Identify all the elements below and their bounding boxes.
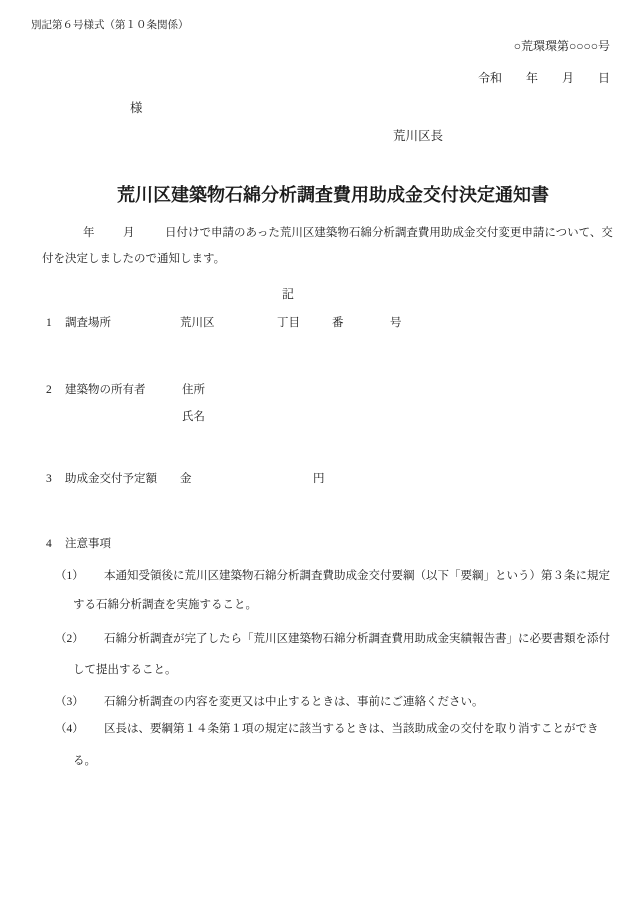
item-3-field-kin-label: 金 xyxy=(180,473,192,487)
item-2-field-address-label: 住所 xyxy=(182,384,205,398)
item-3-number: 3 xyxy=(46,473,52,487)
item-4-label: 注意事項 xyxy=(65,538,111,552)
note-4-marker: （4） xyxy=(55,723,84,737)
body-year-blank-label: 年 xyxy=(83,227,95,241)
item-1-label: 調査場所 xyxy=(65,317,111,331)
body-month-blank-label: 月 xyxy=(123,227,135,241)
item-3-label: 助成金交付予定額 xyxy=(65,473,157,487)
item-3-field-yen-label: 円 xyxy=(313,473,325,487)
note-2-marker: （2） xyxy=(55,633,84,647)
item-1-number: 1 xyxy=(46,317,52,331)
body-line-2: 付を決定しましたので通知します。 xyxy=(42,253,225,267)
note-2-line-2: して提出すること。 xyxy=(73,664,177,678)
document-page: 別記第６号様式（第１０条関係） ○荒環環第○○○○号 令和 年 月 日 様 荒川… xyxy=(0,0,630,903)
document-title: 荒川区建築物石綿分析調査費用助成金交付決定通知書 xyxy=(117,185,549,207)
note-1-line-2: する石綿分析調査を実施すること。 xyxy=(73,599,257,613)
item-2-field-name-label: 氏名 xyxy=(182,411,205,425)
note-1-marker: （1） xyxy=(55,570,84,584)
item-1-field-ban: 番 xyxy=(332,317,344,331)
item-1-field-ward: 荒川区 xyxy=(180,317,215,331)
record-marker: 記 xyxy=(282,287,294,301)
note-4-line-2: る。 xyxy=(73,755,96,769)
item-4-number: 4 xyxy=(46,538,52,552)
issue-date-line: 令和 年 月 日 xyxy=(478,71,610,85)
form-number: 別記第６号様式（第１０条関係） xyxy=(31,20,189,33)
note-3-line-1: 石綿分析調査の内容を変更又は中止するときは、事前にご連絡ください。 xyxy=(104,696,484,710)
note-4-line-1: 区長は、要綱第１４条第１項の規定に該当するときは、当該助成金の交付を取り消すこと… xyxy=(104,723,599,737)
item-2-label: 建築物の所有者 xyxy=(65,384,146,398)
note-1-line-1: 本通知受領後に荒川区建築物石綿分析調査費助成金交付要綱（以下「要綱」という）第３… xyxy=(104,570,610,584)
addressee-honorific: 様 xyxy=(130,101,143,116)
body-line-1: 日付けで申請のあった荒川区建築物石綿分析調査費用助成金交付変更申請について、交 xyxy=(165,227,613,241)
item-1-field-go: 号 xyxy=(390,317,402,331)
note-2-line-1: 石綿分析調査が完了したら「荒川区建築物石綿分析調査費用助成金実績報告書」に必要書… xyxy=(104,633,610,647)
sender-name: 荒川区長 xyxy=(393,129,443,144)
item-1-field-chome: 丁目 xyxy=(277,317,300,331)
item-2-number: 2 xyxy=(46,384,52,398)
note-3-marker: （3） xyxy=(55,696,84,710)
document-number: ○荒環環第○○○○号 xyxy=(514,39,610,53)
